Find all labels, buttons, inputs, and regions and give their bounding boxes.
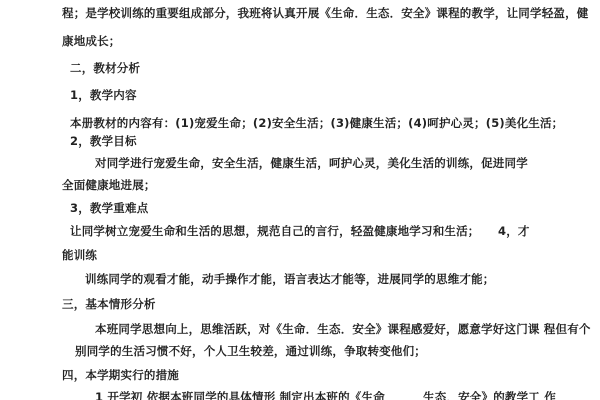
subsection-heading: 2，教学目标 (70, 134, 137, 148)
section-heading: 四，本学期实行的措施 (62, 368, 179, 382)
paragraph-line: 别同学的生活习惯不好，个人卫生较差，通过训练，争取转变他们； (75, 344, 426, 358)
paragraph-line: 训练同学的观看才能，动手操作才能，语言表达才能等，进展同学的思维才能； (85, 272, 495, 286)
paragraph-line: 让同学树立宠爱生命和生活的思想，规范自己的言行，轻盈健康地学习和生活； (70, 224, 480, 238)
subsection-heading: 1，教学内容 (70, 88, 137, 102)
paragraph-line: 本册教材的内容有：(1)宠爱生命；(2)安全生活；(3)健康生活；(4)呵护心灵… (70, 116, 563, 130)
paragraph-line: 康地成长； (62, 34, 121, 48)
document-page: 程；是学校训练的重要组成部分，我班将认真开展《生命．生态．安全》课程的教学，让同… (0, 0, 600, 400)
paragraph-line: 能训练 (62, 248, 97, 262)
subsection-heading: 4，才 (498, 224, 530, 238)
paragraph-line: 对同学进行宠爱生命，安全生活，健康生活，呵护心灵，美化生活的训练，促进同学 (95, 156, 528, 170)
paragraph-line: 1 开学初 依据本班同学的具体情形 制定出本班的《生命 (95, 390, 385, 400)
paragraph-line: 全面健康地进展； (62, 178, 156, 192)
section-heading: 三，基本情形分析 (62, 297, 156, 311)
subsection-heading: 3，教学重难点 (70, 201, 148, 215)
section-heading: 二，教材分析 (70, 61, 140, 75)
paragraph-line: 本班同学思想向上，思维活跃，对《生命．生态．安全》课程感爱好，愿意学好这门课 程… (95, 322, 591, 336)
paragraph-line: 生态．安全》的教学工 作 (423, 390, 556, 400)
paragraph-line: 程；是学校训练的重要组成部分，我班将认真开展《生命．生态．安全》课程的教学，让同… (62, 6, 589, 20)
